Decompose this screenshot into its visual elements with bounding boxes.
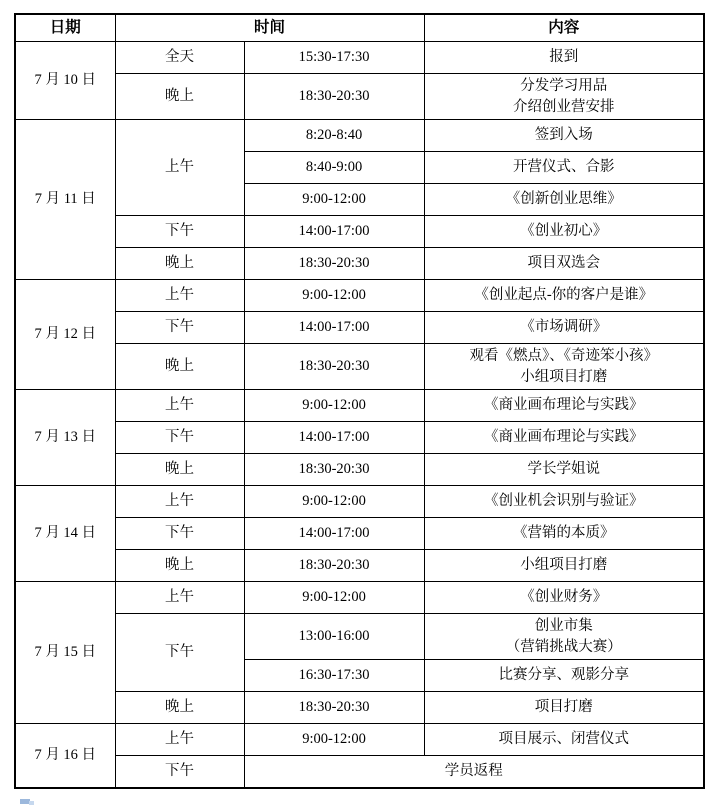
table-handle-artifact-small (29, 801, 34, 805)
time-cell: 18:30-20:30 (244, 344, 424, 390)
content-cell: 《创业财务》 (424, 582, 704, 614)
period-cell: 上午 (115, 582, 244, 614)
date-cell: 7 月 12 日 (15, 280, 115, 390)
period-cell: 晚上 (115, 550, 244, 582)
time-cell: 14:00-17:00 (244, 518, 424, 550)
col-header-date: 日期 (15, 14, 115, 42)
time-cell: 14:00-17:00 (244, 422, 424, 454)
period-cell: 下午 (115, 312, 244, 344)
content-cell: 小组项目打磨 (424, 550, 704, 582)
time-cell: 18:30-20:30 (244, 74, 424, 120)
time-cell: 18:30-20:30 (244, 454, 424, 486)
time-cell: 8:40-9:00 (244, 152, 424, 184)
period-cell: 下午 (115, 518, 244, 550)
table-row: 7 月 15 日 上午 9:00-12:00 《创业财务》 (15, 582, 704, 614)
table-row: 下午 13:00-16:00 创业市集 （营销挑战大赛） (15, 614, 704, 660)
content-cell: 《商业画布理论与实践》 (424, 390, 704, 422)
content-cell: 《创业机会识别与验证》 (424, 486, 704, 518)
period-cell: 上午 (115, 486, 244, 518)
time-cell: 9:00-12:00 (244, 724, 424, 756)
content-cell: 观看《燃点》、《奇迹笨小孩》 小组项目打磨 (424, 344, 704, 390)
period-cell: 下午 (115, 216, 244, 248)
content-cell: 《市场调研》 (424, 312, 704, 344)
content-cell: 报到 (424, 42, 704, 74)
table-row: 晚上 18:30-20:30 观看《燃点》、《奇迹笨小孩》 小组项目打磨 (15, 344, 704, 390)
period-cell: 全天 (115, 42, 244, 74)
table-row: 7 月 11 日 上午 8:20-8:40 签到入场 (15, 120, 704, 152)
period-cell: 下午 (115, 756, 244, 789)
date-cell: 7 月 16 日 (15, 724, 115, 789)
time-cell: 8:20-8:40 (244, 120, 424, 152)
content-cell: 《营销的本质》 (424, 518, 704, 550)
table-row: 晚上 18:30-20:30 项目打磨 (15, 692, 704, 724)
content-cell: 《创业初心》 (424, 216, 704, 248)
date-cell: 7 月 11 日 (15, 120, 115, 280)
content-cell: 分发学习用品 介绍创业营安排 (424, 74, 704, 120)
content-cell: 学长学姐说 (424, 454, 704, 486)
merged-content-cell: 学员返程 (244, 756, 704, 789)
table-row: 7 月 14 日 上午 9:00-12:00 《创业机会识别与验证》 (15, 486, 704, 518)
content-cell: 《创业起点-你的客户是谁》 (424, 280, 704, 312)
table-row: 晚上 18:30-20:30 分发学习用品 介绍创业营安排 (15, 74, 704, 120)
table-row: 下午 14:00-17:00 《创业初心》 (15, 216, 704, 248)
date-cell: 7 月 14 日 (15, 486, 115, 582)
content-cell: 《商业画布理论与实践》 (424, 422, 704, 454)
table-row: 晚上 18:30-20:30 学长学姐说 (15, 454, 704, 486)
col-header-time: 时间 (115, 14, 424, 42)
table-row: 晚上 18:30-20:30 小组项目打磨 (15, 550, 704, 582)
time-cell: 14:00-17:00 (244, 216, 424, 248)
time-cell: 18:30-20:30 (244, 550, 424, 582)
period-cell: 晚上 (115, 248, 244, 280)
table-row: 7 月 16 日 上午 9:00-12:00 项目展示、闭营仪式 (15, 724, 704, 756)
schedule-table: 日期 时间 内容 7 月 10 日 全天 15:30-17:30 报到 晚上 1… (14, 13, 705, 789)
date-cell: 7 月 10 日 (15, 42, 115, 120)
table-row: 下午 14:00-17:00 《市场调研》 (15, 312, 704, 344)
table-row: 7 月 10 日 全天 15:30-17:30 报到 (15, 42, 704, 74)
time-cell: 18:30-20:30 (244, 692, 424, 724)
content-cell: 创业市集 （营销挑战大赛） (424, 614, 704, 660)
date-cell: 7 月 13 日 (15, 390, 115, 486)
col-header-content: 内容 (424, 14, 704, 42)
table-row: 下午 14:00-17:00 《商业画布理论与实践》 (15, 422, 704, 454)
content-cell: 项目双选会 (424, 248, 704, 280)
period-cell: 晚上 (115, 454, 244, 486)
time-cell: 13:00-16:00 (244, 614, 424, 660)
date-cell: 7 月 15 日 (15, 582, 115, 724)
content-cell: 签到入场 (424, 120, 704, 152)
period-cell: 上午 (115, 120, 244, 216)
table-row: 7 月 13 日 上午 9:00-12:00 《商业画布理论与实践》 (15, 390, 704, 422)
time-cell: 9:00-12:00 (244, 582, 424, 614)
period-cell: 晚上 (115, 344, 244, 390)
content-cell: 比赛分享、观影分享 (424, 660, 704, 692)
period-cell: 上午 (115, 390, 244, 422)
period-cell: 下午 (115, 614, 244, 692)
time-cell: 9:00-12:00 (244, 486, 424, 518)
table-row: 7 月 12 日 上午 9:00-12:00 《创业起点-你的客户是谁》 (15, 280, 704, 312)
time-cell: 18:30-20:30 (244, 248, 424, 280)
period-cell: 上午 (115, 724, 244, 756)
time-cell: 15:30-17:30 (244, 42, 424, 74)
period-cell: 晚上 (115, 74, 244, 120)
table-row: 下午 14:00-17:00 《营销的本质》 (15, 518, 704, 550)
period-cell: 晚上 (115, 692, 244, 724)
time-cell: 9:00-12:00 (244, 280, 424, 312)
time-cell: 16:30-17:30 (244, 660, 424, 692)
period-cell: 上午 (115, 280, 244, 312)
time-cell: 14:00-17:00 (244, 312, 424, 344)
content-cell: 项目打磨 (424, 692, 704, 724)
table-row: 下午 学员返程 (15, 756, 704, 789)
content-cell: 《创新创业思维》 (424, 184, 704, 216)
header-row: 日期 时间 内容 (15, 14, 704, 42)
time-cell: 9:00-12:00 (244, 184, 424, 216)
time-cell: 9:00-12:00 (244, 390, 424, 422)
table-row: 晚上 18:30-20:30 项目双选会 (15, 248, 704, 280)
period-cell: 下午 (115, 422, 244, 454)
content-cell: 开营仪式、合影 (424, 152, 704, 184)
content-cell: 项目展示、闭营仪式 (424, 724, 704, 756)
